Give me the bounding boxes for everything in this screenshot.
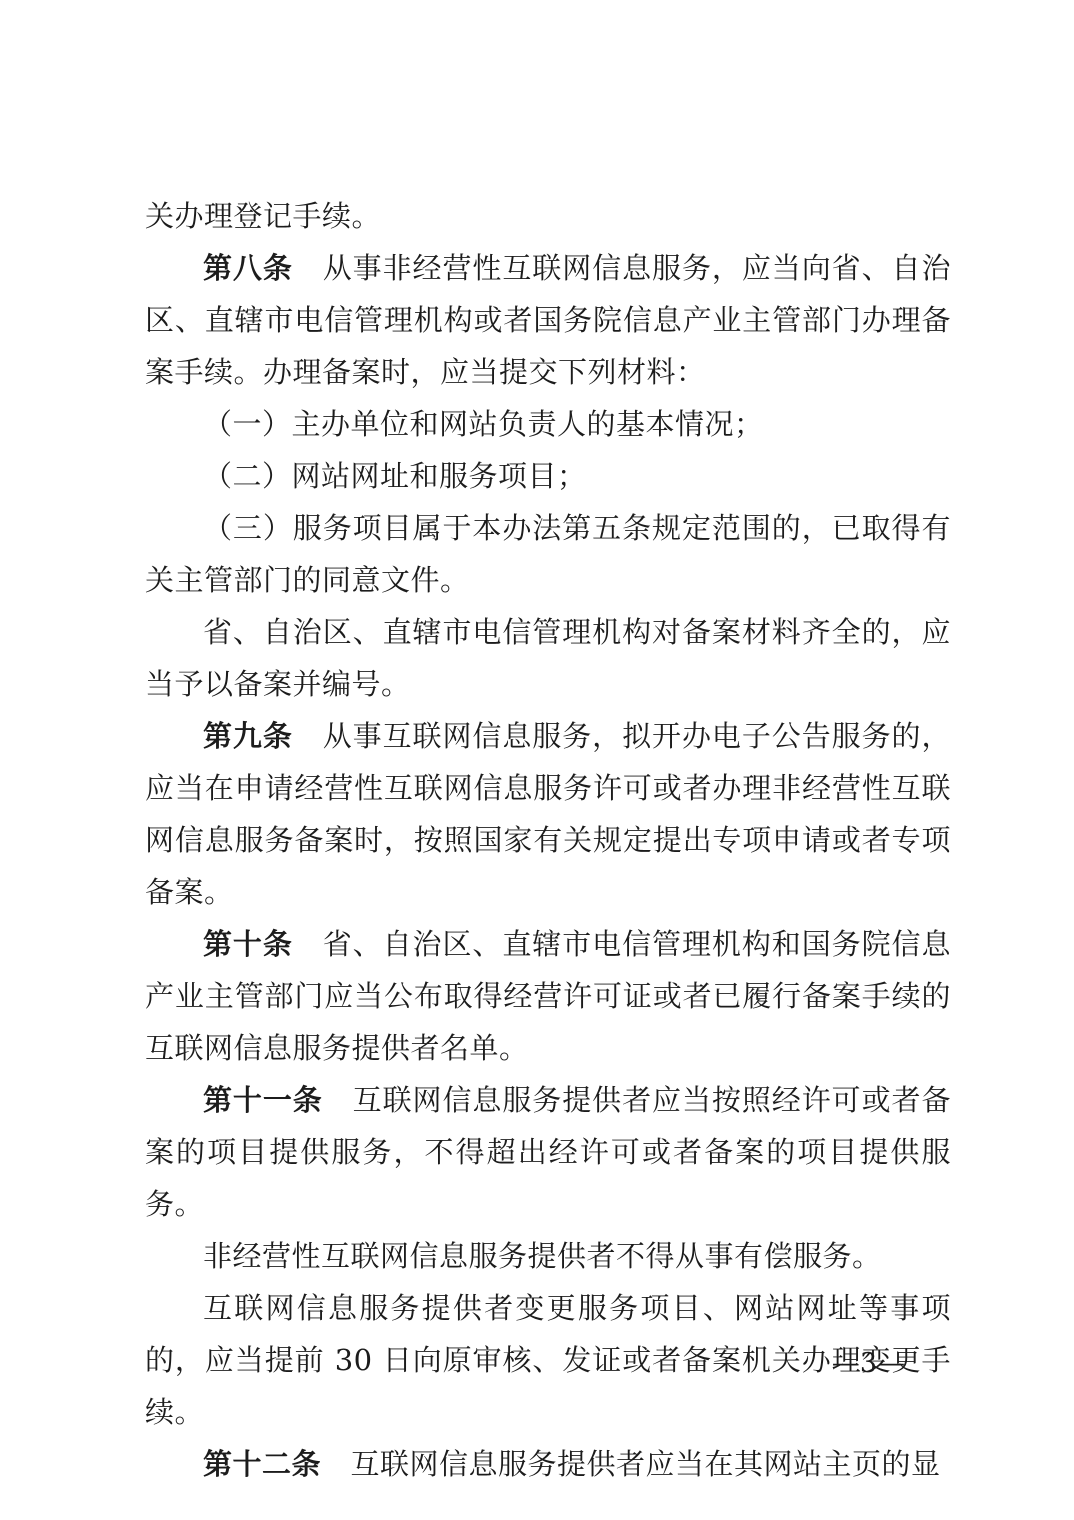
paragraph-text: 省、自治区、直辖市电信管理机构对备案材料齐全的，应当予以备案并编号。 xyxy=(145,615,951,701)
paragraph: （三）服务项目属于本办法第五条规定范围的，已取得有关主管部门的同意文件。 xyxy=(145,502,951,606)
document-page: 关办理登记手续。第八条 从事非经营性互联网信息服务，应当向省、自治区、直辖市电信… xyxy=(0,0,1074,1520)
article-paragraph: 第十条 省、自治区、直辖市电信管理机构和国务院信息产业主管部门应当公布取得经营许… xyxy=(145,918,951,1074)
paragraph-text: 互联网信息服务提供者变更服务项目、网站网址等事项的，应当提前 30 日向原审核、… xyxy=(145,1291,951,1429)
paragraph: （二）网站网址和服务项目； xyxy=(145,450,951,502)
paragraph: 省、自治区、直辖市电信管理机构对备案材料齐全的，应当予以备案并编号。 xyxy=(145,606,951,710)
article-number: 第十条 xyxy=(203,927,293,961)
article-paragraph: 第九条 从事互联网信息服务，拟开办电子公告服务的，应当在申请经营性互联网信息服务… xyxy=(145,710,951,918)
paragraph-text: 互联网信息服务提供者应当在其网站主页的显 xyxy=(321,1447,941,1481)
article-number: 第九条 xyxy=(203,719,293,753)
article-paragraph: 第十一条 互联网信息服务提供者应当按照经许可或者备案的项目提供服务，不得超出经许… xyxy=(145,1074,951,1230)
paragraph-text: （二）网站网址和服务项目； xyxy=(203,459,587,493)
paragraph: 互联网信息服务提供者变更服务项目、网站网址等事项的，应当提前 30 日向原审核、… xyxy=(145,1282,951,1438)
paragraph: 非经营性互联网信息服务提供者不得从事有偿服务。 xyxy=(145,1230,951,1282)
article-paragraph: 第十二条 互联网信息服务提供者应当在其网站主页的显 xyxy=(145,1438,951,1490)
paragraph-text: 关办理登记手续。 xyxy=(145,199,381,233)
article-paragraph: 第八条 从事非经营性互联网信息服务，应当向省、自治区、直辖市电信管理机构或者国务… xyxy=(145,242,951,398)
page-number: —3— xyxy=(832,1348,906,1380)
document-body: 关办理登记手续。第八条 从事非经营性互联网信息服务，应当向省、自治区、直辖市电信… xyxy=(145,190,951,1490)
paragraph-text: （一）主办单位和网站负责人的基本情况； xyxy=(203,407,764,441)
paragraph-text: 非经营性互联网信息服务提供者不得从事有偿服务。 xyxy=(203,1239,882,1273)
article-number: 第十一条 xyxy=(203,1083,323,1117)
paragraph: （一）主办单位和网站负责人的基本情况； xyxy=(145,398,951,450)
article-number: 第十二条 xyxy=(203,1447,321,1481)
paragraph: 关办理登记手续。 xyxy=(145,190,951,242)
paragraph-text: （三）服务项目属于本办法第五条规定范围的，已取得有关主管部门的同意文件。 xyxy=(145,511,951,597)
article-number: 第八条 xyxy=(203,251,293,285)
